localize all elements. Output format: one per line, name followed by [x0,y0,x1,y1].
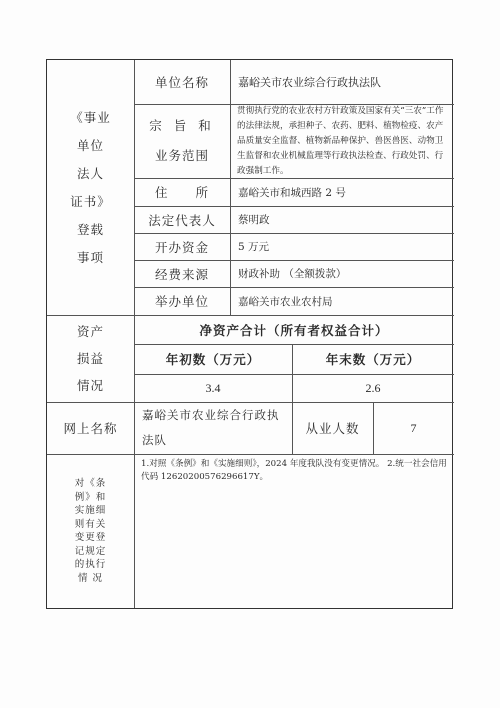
compliance-label-line: 变更登 [75,531,107,545]
document-page: 《事业 单位 法人 证书》 登载 事项 单位名称 嘉峪关市农业综合行政执法队 宗… [0,0,500,708]
section-title-line: 《事业 [70,104,111,132]
compliance-label-line: 的执行 [75,558,107,572]
address-label: 住 所 [134,178,230,206]
staff-count-value: 7 [373,402,454,454]
compliance-label-line: 对《条 [75,477,107,491]
section-title-line: 事项 [77,244,104,272]
sponsor-value: 嘉峪关市农业农村局 [230,287,454,315]
legal-rep-value: 蔡明政 [230,206,454,233]
online-name-value: 嘉峪关市农业综合行政执法队 [134,402,292,454]
section-title-line: 登载 [77,216,104,244]
start-of-year-label: 年初数（万元） [134,344,292,374]
sponsor-label: 举办单位 [134,287,230,315]
section-title-line: 证书》 [70,188,111,216]
funds-value: 5 万元 [230,233,454,260]
compliance-label-line: 例》和 [75,491,107,505]
section-title-assets: 资产 损益 情况 [47,315,134,402]
section-title-line: 单位 [77,132,104,160]
assets-title-line: 情况 [77,372,104,399]
compliance-label-line: 情 况 [78,572,103,586]
online-name-label: 网上名称 [47,402,134,454]
assets-title-line: 资产 [77,318,104,345]
funds-label: 开办资金 [134,233,230,260]
address-value: 嘉峪关市和城西路 2 号 [230,178,454,206]
compliance-label-line: 实施细 [75,504,107,518]
end-of-year-label: 年末数（万元） [292,344,454,374]
legal-rep-label: 法定代表人 [134,206,230,233]
section-title-line: 法人 [77,160,104,188]
funding-source-label: 经费来源 [134,260,230,287]
compliance-label-line: 记规定 [75,545,107,559]
compliance-value: 1.对照《条例》和《实施细则》，2024 年度我队没有变更情况。 2.统一社会信… [134,454,454,608]
scope-label: 宗 旨 和 业务范围 [134,104,230,178]
scope-value: 贯彻执行党的农业农村方针政策及国家有关“三农”工作的法律法规，承担种子、农药、肥… [230,104,454,178]
unit-name-value: 嘉峪关市农业综合行政执法队 [230,60,454,104]
scope-label-line1: 宗 旨 和 [149,111,214,141]
compliance-label: 对《条 例》和 实施细 则有关 变更登 记规定 的执行 情 况 [47,454,134,608]
registration-table: 《事业 单位 法人 证书》 登载 事项 单位名称 嘉峪关市农业综合行政执法队 宗… [46,59,453,609]
scope-label-line2: 业务范围 [155,141,209,171]
end-of-year-value: 2.6 [292,374,454,402]
net-assets-header: 净资产合计（所有者权益合计） [134,315,454,344]
funding-source-value: 财政补助 （全额拨款） [230,260,454,287]
section-title-registration: 《事业 单位 法人 证书》 登载 事项 [47,60,134,315]
start-of-year-value: 3.4 [134,374,292,402]
compliance-label-line: 则有关 [75,518,107,532]
unit-name-label: 单位名称 [134,60,230,104]
staff-count-label: 从业人数 [292,402,373,454]
assets-title-line: 损益 [77,345,104,372]
